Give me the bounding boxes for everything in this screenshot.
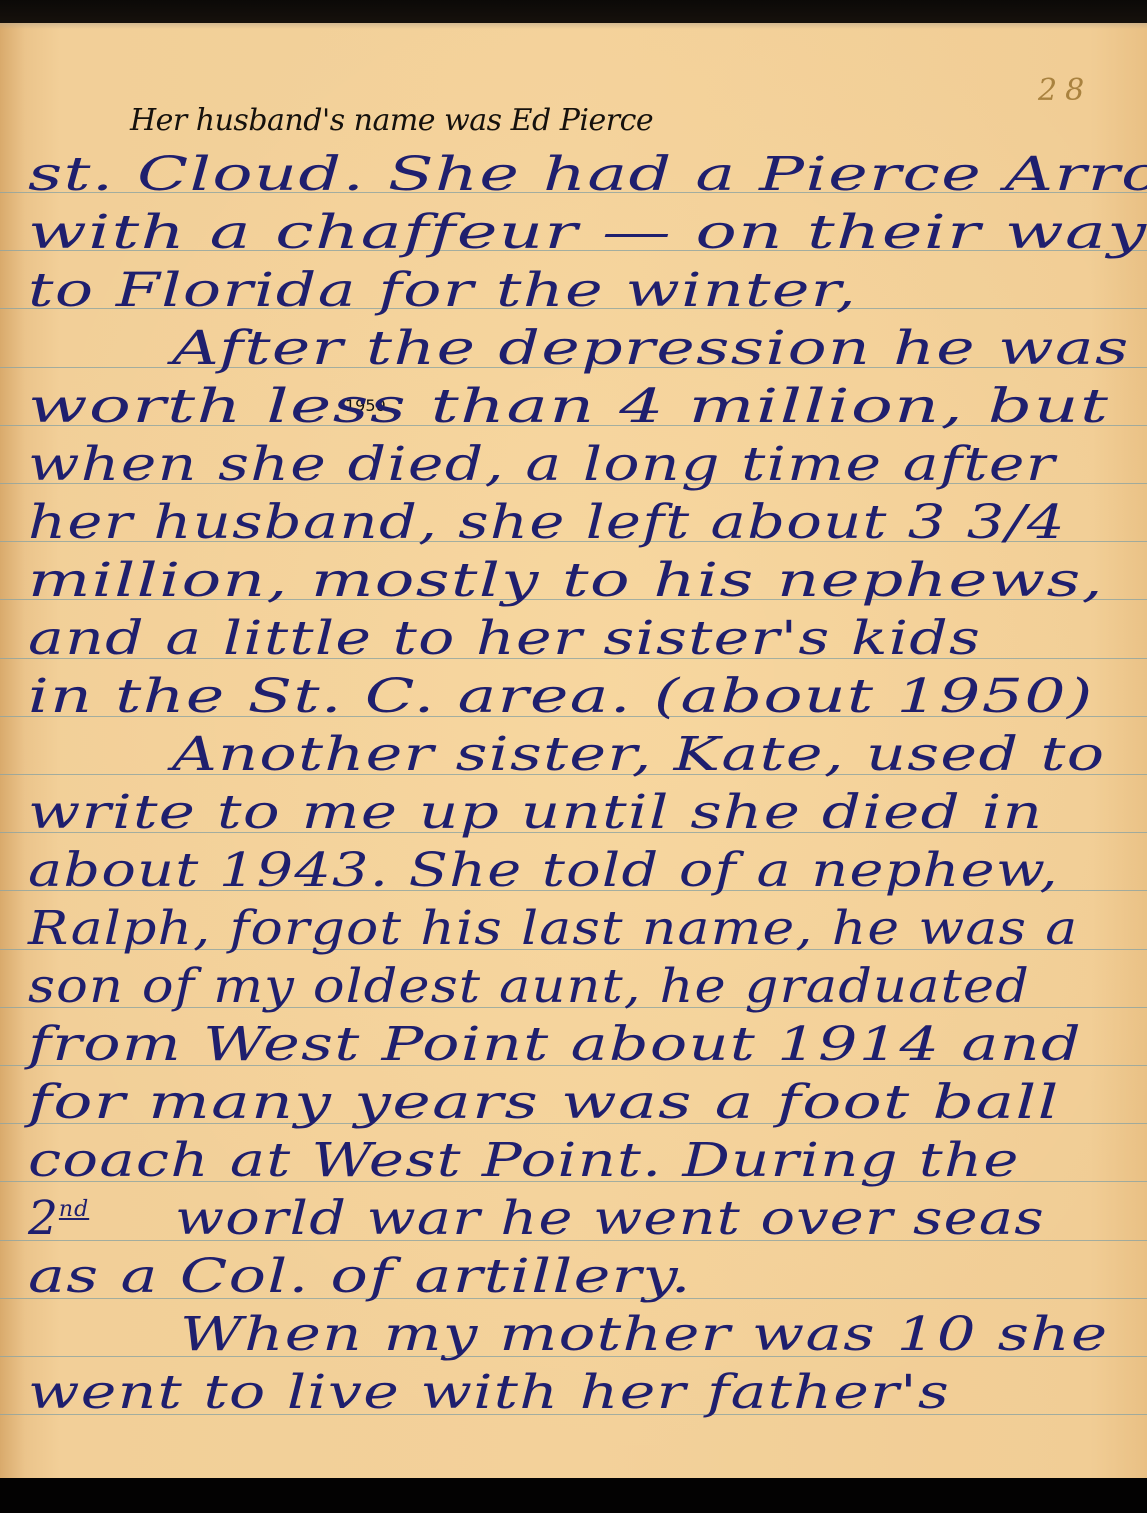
handwritten-line-14: Ralph, forgot his last name, he was a (28, 905, 1078, 952)
handwritten-line-22: went to live with her father's (28, 1369, 950, 1416)
handwritten-line-5: worth less than 4 million, but (28, 383, 1109, 430)
ordinal-suffix: nd (59, 1197, 89, 1222)
handwritten-line-9: and a little to her sister's kids (28, 615, 981, 662)
handwritten-line-10: in the St. C. area. (about 1950) (28, 673, 1094, 720)
handwritten-line-19-text: world war he went over seas (175, 1195, 1045, 1242)
handwritten-line-21: When my mother was 10 she (180, 1311, 1108, 1358)
handwritten-line-11: Another sister, Kate, used to (172, 731, 1105, 778)
handwritten-line-8: million, mostly to his nephews, (28, 557, 1104, 604)
page-number: 28 (1038, 73, 1092, 108)
handwritten-line-12: write to me up until she died in (28, 789, 1043, 836)
handwritten-line-20: as a Col. of artillery. (28, 1253, 692, 1300)
handwritten-line-13: about 1943. She told of a nephew, (28, 847, 1059, 894)
top-binding-edge (0, 0, 1147, 23)
handwritten-line-18: coach at West Point. During the (28, 1137, 1020, 1184)
notebook-page: 28 Her husband's name was Ed Pierce 1950… (0, 23, 1147, 1478)
handwritten-line-6: when she died, a long time after (28, 441, 1056, 488)
handwritten-line-3: to Florida for the winter, (28, 267, 857, 314)
handwritten-line-16: from West Point about 1914 and (28, 1021, 1082, 1068)
handwritten-line-17: for many years was a foot ball (28, 1079, 1060, 1126)
handwritten-line-4: After the depression he was (172, 325, 1130, 372)
handwritten-line-15: son of my oldest aunt, he graduated (28, 963, 1030, 1010)
handwritten-line-2: with a chaffeur — on their way (28, 209, 1147, 256)
bottom-binding-edge (0, 1478, 1147, 1513)
handwritten-line-7: her husband, she left about 3 3/4 (28, 499, 1066, 546)
handwritten-line-1: st. Cloud. She had a Pierce Arrow (28, 151, 1147, 198)
ordinal-number: 2 (28, 1191, 59, 1246)
handwritten-line-19: 2nd world war he went over seas (28, 1195, 888, 1242)
top-annotation: Her husband's name was Ed Pierce (130, 103, 653, 138)
